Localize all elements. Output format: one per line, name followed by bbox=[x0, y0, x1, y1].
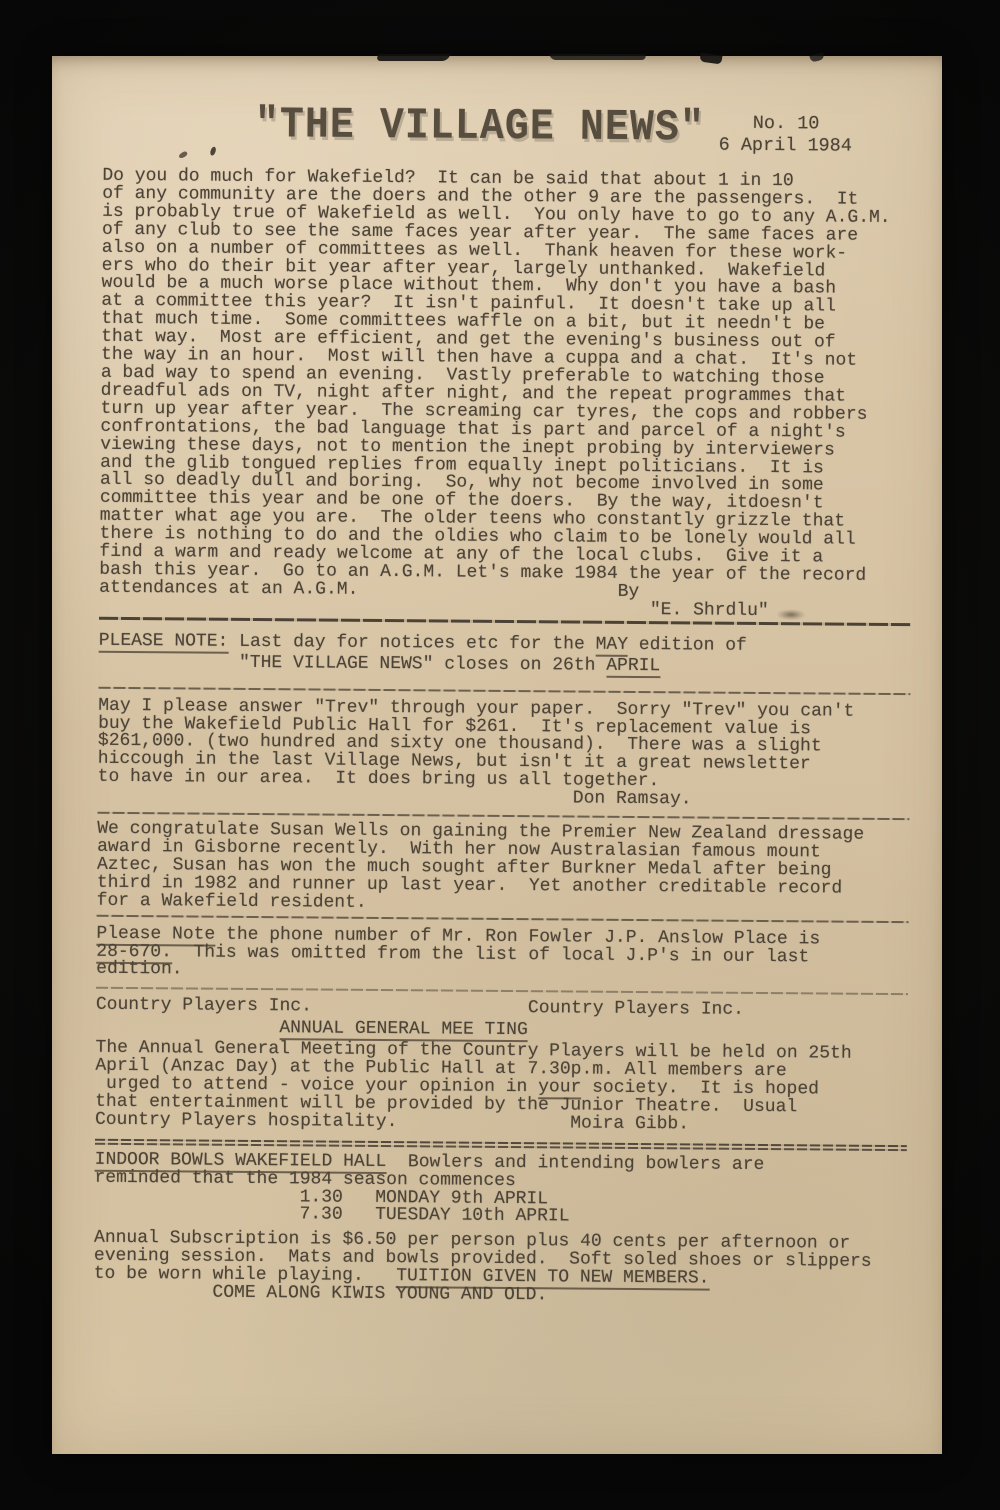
newsletter-title: "THE VILLAGE NEWS" bbox=[255, 101, 705, 155]
trev-reply-article: May I please answer "Trev" through your … bbox=[97, 697, 910, 811]
paper-tear-mark bbox=[699, 53, 722, 65]
issue-block: No. 10 6 April 1984 bbox=[719, 113, 853, 158]
indoor-bowls-article-top: INDOOR BOWLS WAKEFIELD HALL Bowlers and … bbox=[94, 1151, 907, 1229]
paper-tear-mark bbox=[549, 54, 646, 60]
section-divider bbox=[96, 987, 908, 995]
issue-number: No. 10 bbox=[719, 113, 852, 136]
page-content: "THE VILLAGE NEWS" No. 10 6 April 1984 D… bbox=[94, 100, 915, 1308]
masthead: "THE VILLAGE NEWS" No. 10 6 April 1984 bbox=[102, 100, 915, 174]
newsletter-page: "THE VILLAGE NEWS" No. 10 6 April 1984 D… bbox=[52, 56, 942, 1454]
country-players-article: The Annual General Meeting of the Countr… bbox=[95, 1040, 908, 1136]
dressage-article: We congratulate Susan Wells on gaining t… bbox=[97, 821, 910, 917]
ink-smudge bbox=[776, 609, 806, 620]
issue-date: 6 April 1984 bbox=[719, 135, 852, 158]
jp-phone-note: Please Note the phone number of Mr. Ron … bbox=[96, 925, 908, 985]
editorial-article: Do you do much for Wakefield? It can be … bbox=[99, 168, 914, 622]
section-divider-double bbox=[95, 1138, 907, 1150]
paper-tear-mark bbox=[809, 52, 824, 62]
section-divider bbox=[98, 686, 910, 694]
please-note-notice: PLEASE NOTE: Last day for notices etc fo… bbox=[98, 630, 910, 679]
indoor-bowls-article-bottom: Annual Subscription is $6.50 per person … bbox=[94, 1230, 907, 1308]
scan-photo: { "palette": { "background": "#0a0a09", … bbox=[0, 0, 1000, 1510]
paper-tear-mark bbox=[375, 54, 450, 61]
